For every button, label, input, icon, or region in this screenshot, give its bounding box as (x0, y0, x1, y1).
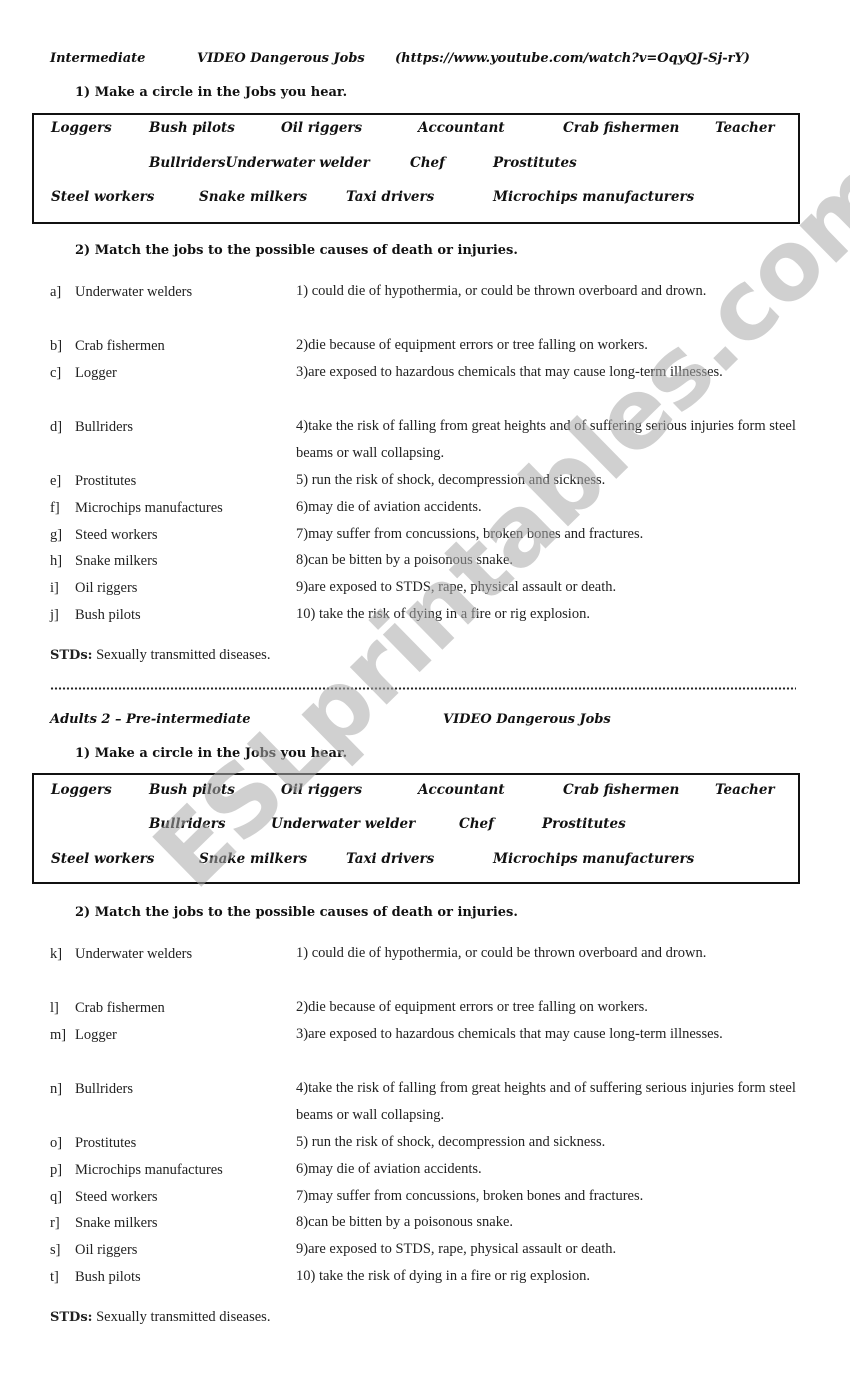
note-label: STDs: (50, 1310, 92, 1325)
job-word: Loggers (51, 782, 112, 798)
job-word: Taxi drivers (346, 851, 434, 867)
video-link[interactable]: (https://www.youtube.com/watch?v=OqyQJ-S… (395, 51, 750, 66)
cause-text: 8)can be bitten by a poisonous snake. (296, 547, 801, 574)
cause-text: 3)are exposed to hazardous chemicals tha… (296, 1021, 801, 1048)
job-name: Logger (75, 1027, 117, 1044)
job-word: BullridersUnderwater welder (149, 155, 370, 171)
note-label: STDs: (50, 648, 92, 663)
item-letter: s] (50, 1242, 60, 1259)
job-name: Prostitutes (75, 1135, 136, 1152)
jobs-word-box (32, 773, 800, 884)
stds-note: STDs: Sexually transmitted diseases. (50, 1309, 270, 1326)
note-text: Sexually transmitted diseases. (92, 647, 270, 663)
job-word: Taxi drivers (346, 189, 434, 205)
item-letter: t] (50, 1269, 59, 1286)
job-name: Microchips manufactures (75, 500, 223, 517)
question-2-title: 2) Match the jobs to the possible causes… (75, 243, 518, 258)
cause-text: 2)die because of equipment errors or tre… (296, 994, 801, 1021)
question-1-title: 1) Make a circle in the Jobs you hear. (75, 85, 347, 100)
dotted-separator (50, 687, 796, 690)
job-word: Oil riggers (281, 120, 362, 136)
job-word: Accountant (418, 782, 505, 798)
worksheet-page: Intermediate VIDEO Dangerous Jobs (https… (0, 0, 850, 1400)
job-word: Prostitutes (493, 155, 577, 171)
job-word: Accountant (418, 120, 505, 136)
job-name: Underwater welders (75, 284, 192, 301)
job-name: Prostitutes (75, 473, 136, 490)
job-name: Microchips manufactures (75, 1162, 223, 1179)
job-name: Crab fishermen (75, 1000, 165, 1017)
item-letter: b] (50, 338, 62, 355)
item-letter: e] (50, 473, 61, 490)
level-label: Intermediate (50, 51, 145, 66)
worksheet-title: VIDEO Dangerous Jobs (197, 51, 365, 66)
item-letter: q] (50, 1189, 62, 1206)
job-word: Underwater welder (271, 816, 415, 832)
cause-text: 9)are exposed to STDS, rape, physical as… (296, 574, 801, 601)
job-name: Underwater welders (75, 946, 192, 963)
job-word: Snake milkers (199, 189, 307, 205)
job-name: Oil riggers (75, 580, 137, 597)
job-word: Oil riggers (281, 782, 362, 798)
worksheet-title: VIDEO Dangerous Jobs (443, 712, 611, 727)
job-name: Snake milkers (75, 553, 158, 570)
cause-text: 10) take the risk of dying in a fire or … (296, 1263, 801, 1290)
job-word: Crab fishermen (563, 120, 679, 136)
item-letter: p] (50, 1162, 62, 1179)
job-word: Steel workers (51, 189, 154, 205)
cause-text: 7)may suffer from concussions, broken bo… (296, 1183, 801, 1210)
item-letter: f] (50, 500, 60, 517)
item-letter: c] (50, 365, 61, 382)
question-2-title: 2) Match the jobs to the possible causes… (75, 905, 518, 920)
level-label: Adults 2 – Pre-intermediate (50, 712, 251, 727)
cause-text: 9)are exposed to STDS, rape, physical as… (296, 1236, 801, 1263)
cause-text: 5) run the risk of shock, decompression … (296, 1129, 801, 1156)
job-word: Bush pilots (149, 120, 235, 136)
job-word: Loggers (51, 120, 112, 136)
job-name: Crab fishermen (75, 338, 165, 355)
job-word: Teacher (715, 782, 775, 798)
cause-text: 5) run the risk of shock, decompression … (296, 467, 801, 494)
cause-text: 7)may suffer from concussions, broken bo… (296, 521, 801, 548)
note-text: Sexually transmitted diseases. (92, 1309, 270, 1325)
job-word: Steel workers (51, 851, 154, 867)
job-word: Chef (459, 816, 494, 832)
cause-text: 1) could die of hypothermia, or could be… (296, 940, 801, 967)
item-letter: g] (50, 527, 62, 544)
job-name: Logger (75, 365, 117, 382)
cause-text: 2)die because of equipment errors or tre… (296, 332, 801, 359)
job-name: Steed workers (75, 1189, 158, 1206)
job-word: Prostitutes (542, 816, 626, 832)
cause-text: 10) take the risk of dying in a fire or … (296, 601, 801, 628)
job-name: Bush pilots (75, 1269, 141, 1286)
job-name: Bullriders (75, 419, 133, 436)
item-letter: k] (50, 946, 62, 963)
item-letter: n] (50, 1081, 62, 1098)
job-name: Snake milkers (75, 1215, 158, 1232)
job-word: Microchips manufacturers (493, 189, 694, 205)
question-1-title: 1) Make a circle in the Jobs you hear. (75, 746, 347, 761)
item-letter: m] (50, 1027, 66, 1044)
cause-text: 8)can be bitten by a poisonous snake. (296, 1209, 801, 1236)
item-letter: d] (50, 419, 62, 436)
item-letter: a] (50, 284, 61, 301)
job-word: Chef (410, 155, 445, 171)
job-word: Bush pilots (149, 782, 235, 798)
item-letter: o] (50, 1135, 62, 1152)
item-letter: h] (50, 553, 62, 570)
cause-text: 1) could die of hypothermia, or could be… (296, 278, 801, 305)
cause-text: 6)may die of aviation accidents. (296, 494, 801, 521)
job-name: Steed workers (75, 527, 158, 544)
cause-text: 4)take the risk of falling from great he… (296, 1075, 801, 1129)
job-word: Microchips manufacturers (493, 851, 694, 867)
job-word: Teacher (715, 120, 775, 136)
job-word: Bullriders (149, 816, 225, 832)
item-letter: r] (50, 1215, 60, 1232)
cause-text: 6)may die of aviation accidents. (296, 1156, 801, 1183)
stds-note: STDs: Sexually transmitted diseases. (50, 647, 270, 664)
job-word: Snake milkers (199, 851, 307, 867)
cause-text: 3)are exposed to hazardous chemicals tha… (296, 359, 801, 386)
job-word: Crab fishermen (563, 782, 679, 798)
item-letter: l] (50, 1000, 59, 1017)
cause-text: 4)take the risk of falling from great he… (296, 413, 801, 467)
job-name: Bush pilots (75, 607, 141, 624)
job-name: Bullriders (75, 1081, 133, 1098)
item-letter: j] (50, 607, 59, 624)
item-letter: i] (50, 580, 59, 597)
job-name: Oil riggers (75, 1242, 137, 1259)
